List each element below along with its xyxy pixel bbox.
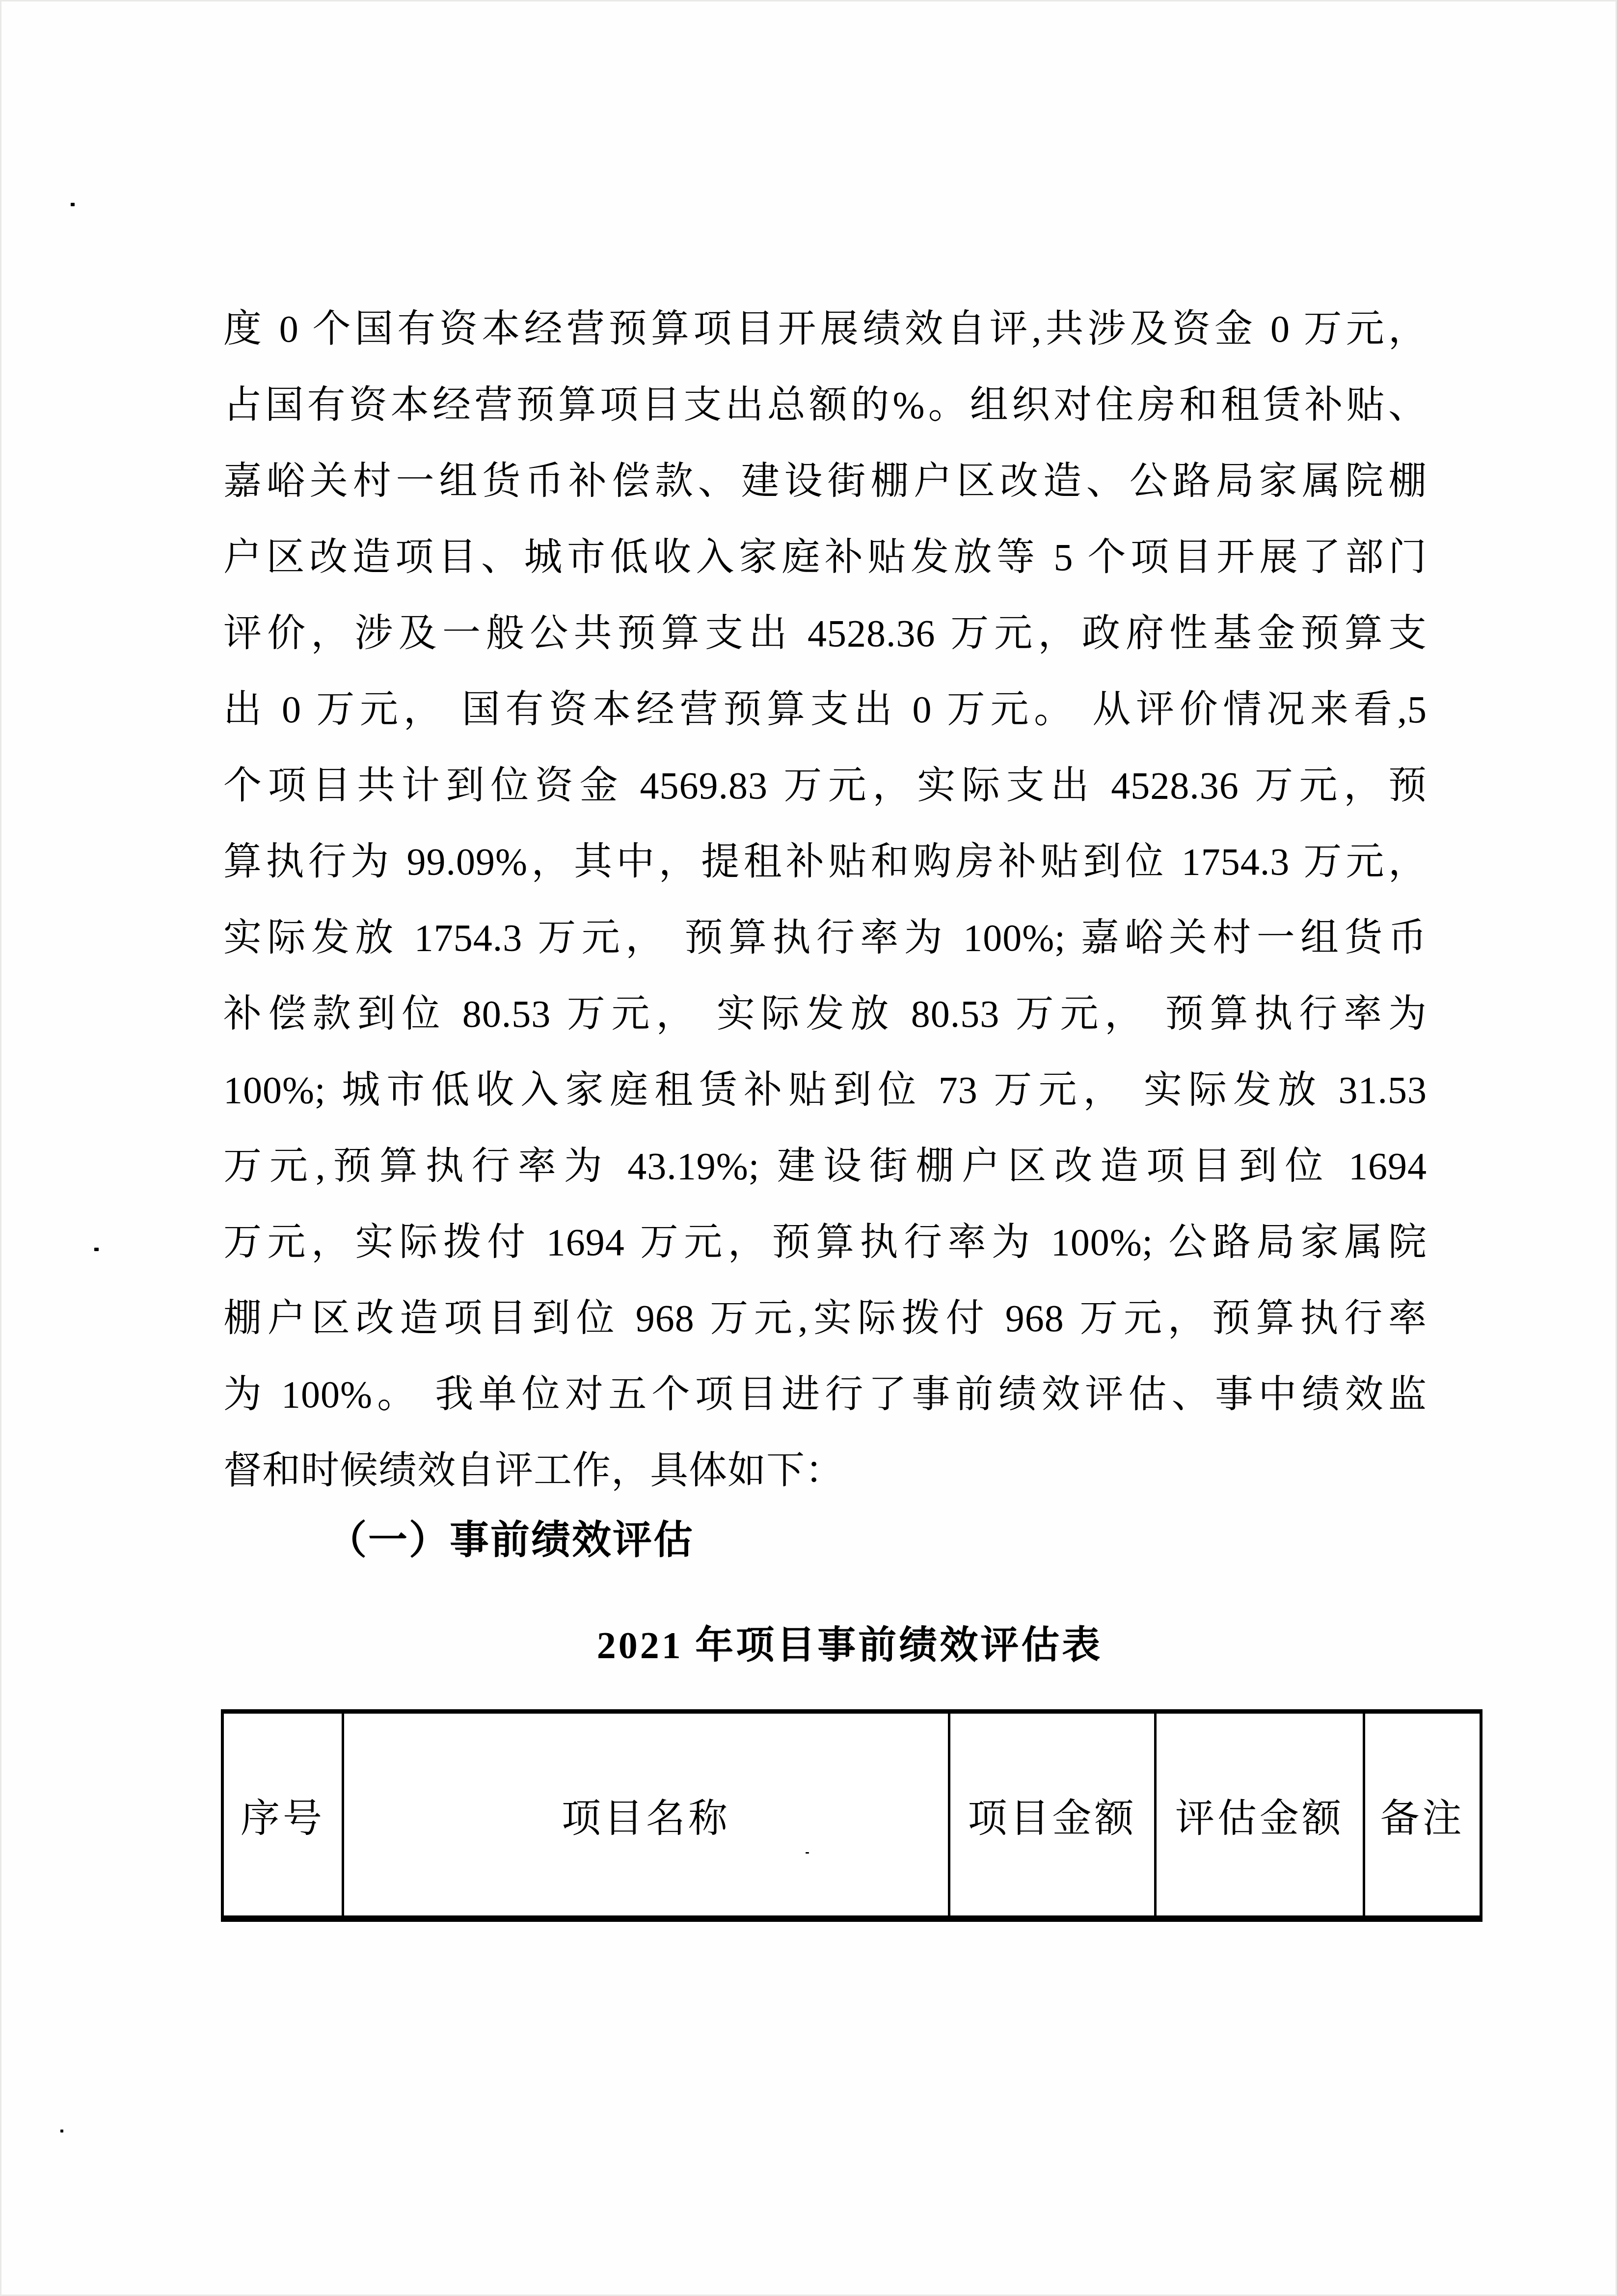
paragraph-line: 出 0 万元， 国有资本经营预算支出 0 万元。 从评价情况来看,5 <box>223 671 1427 747</box>
table-header-remarks: 备注 <box>1365 1714 1480 1915</box>
paragraph-line: 个项目共计到位资金 4569.83 万元，实际支出 4528.36 万元，预 <box>223 747 1427 823</box>
paragraph-line: 棚户区改造项目到位 968 万元,实际拨付 968 万元，预算执行率 <box>223 1280 1427 1356</box>
paragraph-line: 为 100%。 我单位对五个项目进行了事前绩效评估、事中绩效监 <box>223 1356 1427 1432</box>
paragraph-line: 户区改造项目、城市低收入家庭补贴发放等 5 个项目开展了部门 <box>223 519 1427 595</box>
paragraph-line: 算执行为 99.09%，其中，提租补贴和购房补贴到位 1754.3 万元， <box>223 823 1427 900</box>
section-heading: （一）事前绩效评估 <box>327 1513 694 1567</box>
paragraph-line: 督和时候绩效自评工作，具体如下： <box>223 1432 1427 1508</box>
body-paragraph: 度 0 个国有资本经营预算项目开展绩效自评,共涉及资金 0 万元， 占国有资本经… <box>223 291 1427 1508</box>
table-header-label: 评估金额 <box>1175 1786 1344 1843</box>
scan-speck <box>71 203 75 206</box>
table-header-label: 备注 <box>1380 1786 1465 1843</box>
scan-speck <box>806 1852 809 1854</box>
table-header-project-amount: 项目金额 <box>950 1714 1157 1915</box>
pre-evaluation-table: 序号 项目名称 项目金额 评估金额 备注 <box>221 1709 1482 1922</box>
paragraph-line: 评价，涉及一般公共预算支出 4528.36 万元，政府性基金预算支 <box>223 595 1427 671</box>
table-header-label: 项目金额 <box>968 1786 1137 1843</box>
table-header-project-name: 项目名称 <box>344 1714 950 1915</box>
paragraph-line: 100%; 城市低收入家庭租赁补贴到位 73 万元， 实际发放 31.53 <box>223 1052 1427 1128</box>
paragraph-line: 万元，实际拨付 1694 万元，预算执行率为 100%; 公路局家属院 <box>223 1204 1427 1280</box>
scan-speck <box>60 2130 63 2132</box>
paragraph-line: 万元,预算执行率为 43.19%; 建设街棚户区改造项目到位 1694 <box>223 1128 1427 1204</box>
paragraph-line: 占国有资本经营预算项目支出总额的%。组织对住房和租赁补贴、 <box>223 367 1427 443</box>
scanned-document-page: 度 0 个国有资本经营预算项目开展绩效自评,共涉及资金 0 万元， 占国有资本经… <box>0 0 1617 2296</box>
table-header-evaluated-amount: 评估金额 <box>1157 1714 1365 1915</box>
table-header-label: 序号 <box>241 1786 325 1843</box>
table-title: 2021 年项目事前绩效评估表 <box>248 1619 1452 1671</box>
paragraph-line: 度 0 个国有资本经营预算项目开展绩效自评,共涉及资金 0 万元， <box>223 291 1427 367</box>
paragraph-line: 嘉峪关村一组货币补偿款、建设街棚户区改造、公路局家属院棚 <box>223 443 1427 519</box>
paragraph-line: 补偿款到位 80.53 万元， 实际发放 80.53 万元， 预算执行率为 <box>223 976 1427 1052</box>
paragraph-line: 实际发放 1754.3 万元， 预算执行率为 100%; 嘉峪关村一组货币 <box>223 900 1427 976</box>
scan-speck <box>94 1248 99 1251</box>
table-header-seq-no: 序号 <box>224 1714 344 1915</box>
table-header-label: 项目名称 <box>562 1786 730 1843</box>
